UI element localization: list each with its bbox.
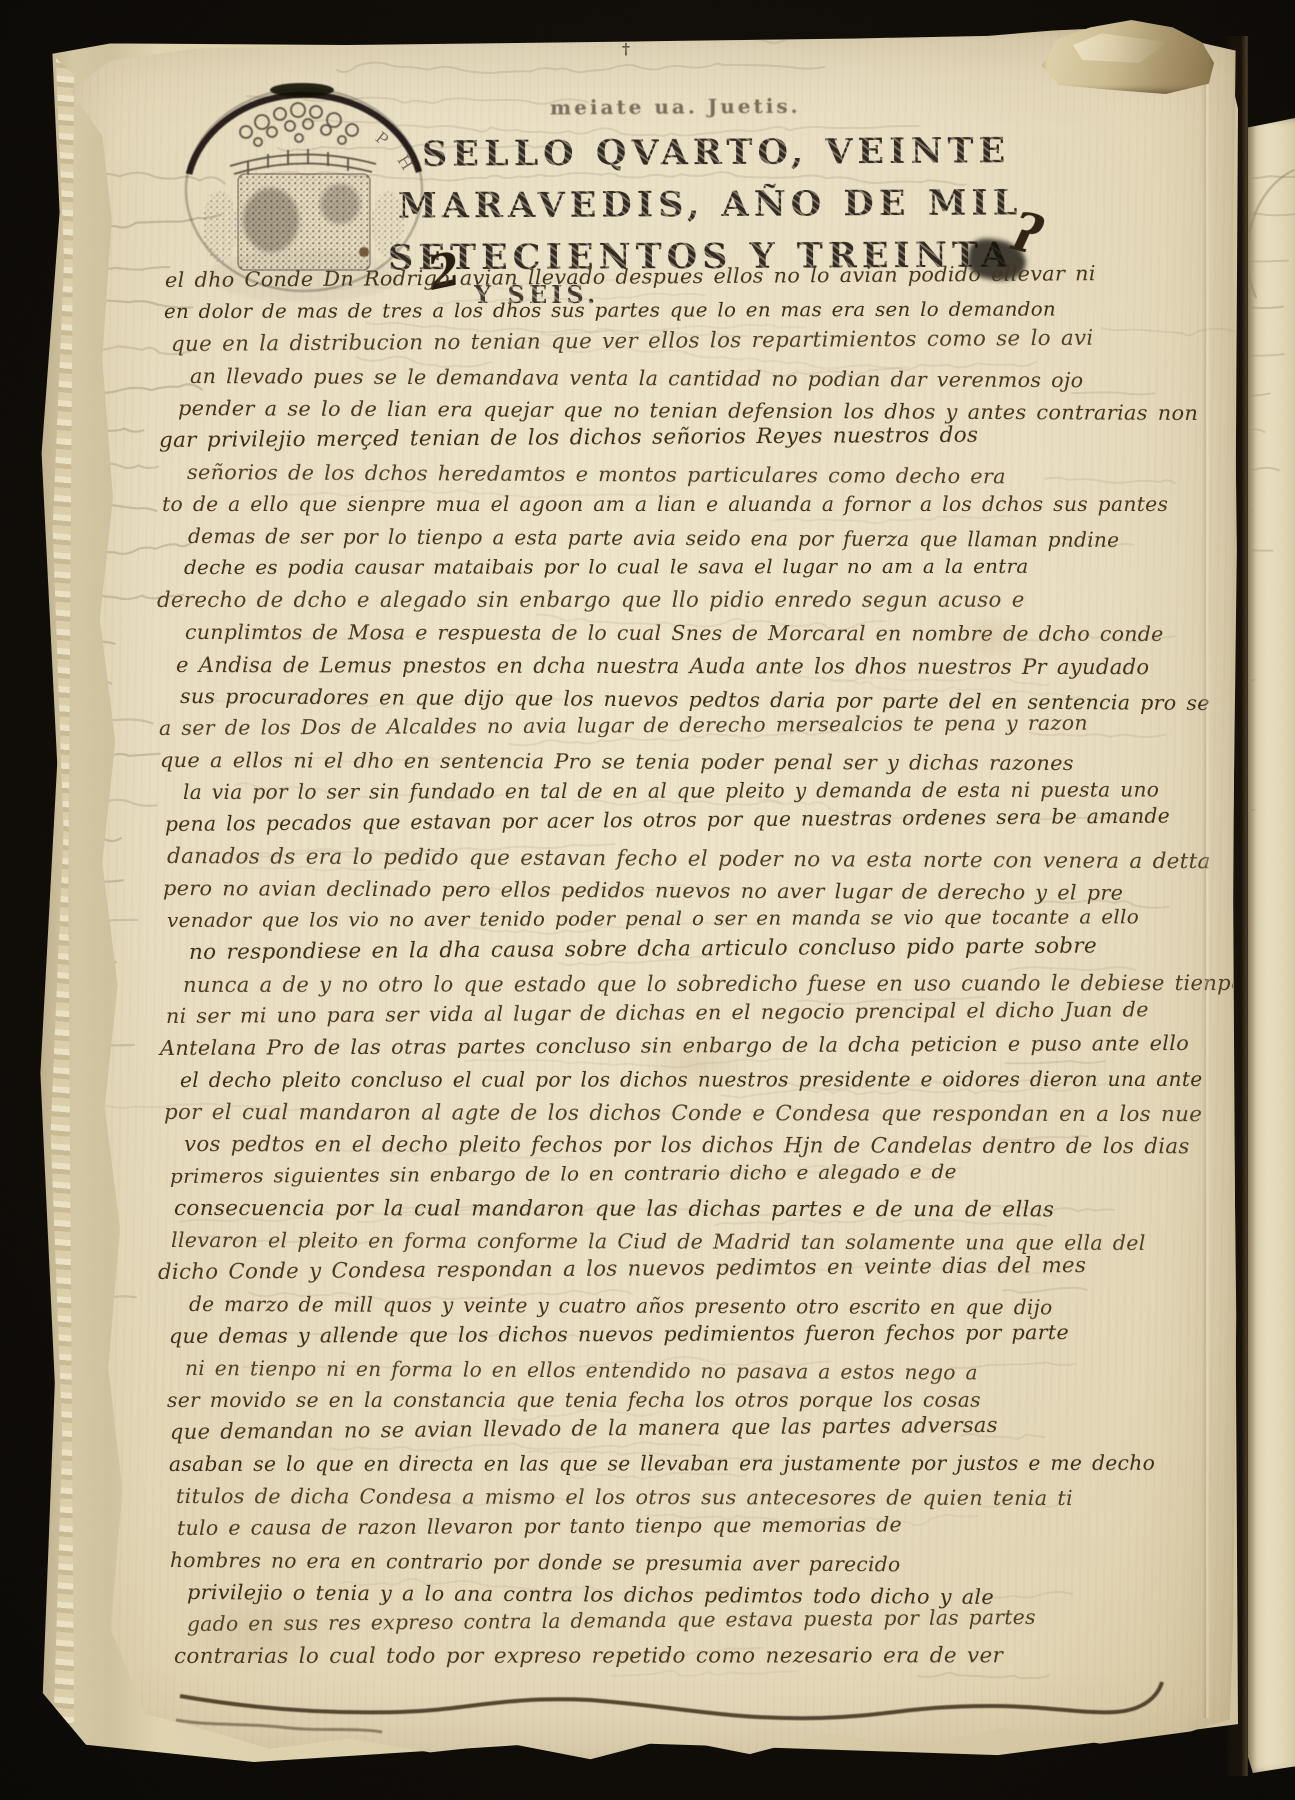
seal-flourish-left [203,190,237,262]
seal-shield-shading [243,188,299,252]
showthrough-squiggle [0,1658,27,1667]
manuscript-line: por el cual mandaron al agte de los dich… [164,1100,1220,1134]
manuscript-line: e Andisa de Lemus pnestos en dcha nuestr… [176,652,1220,686]
showthrough-squiggle [337,63,825,73]
showthrough-squiggle [0,1614,50,1619]
manuscript-line: derecho de dcho e alegado sin enbargo qu… [157,588,1220,620]
stamp-overprint-text: meiate ua. Juetis. [550,93,970,120]
seal-brown-spot [359,247,369,257]
showthrough-squiggle [443,35,788,44]
manuscript-line: deche es podia causar mataibais por lo c… [184,555,1220,588]
stamp-title-line1: SELLO QVARTO, VEINTE [422,130,1010,175]
manuscript-line: cunplimtos de Mosa e respuesta de lo cua… [185,620,1220,654]
showthrough-squiggle [1246,259,1288,261]
manuscript-line: an llevado pues se le demandava venta la… [190,364,1220,401]
stamp-title-line2: MARAVEDIS, AÑO DE MIL [398,182,1023,226]
manuscript-line: que en la distribucion no tenian que ver… [171,325,1220,364]
manuscript-line: asaban se lo que en directa en las que s… [168,1451,1220,1484]
showthrough-squiggle [1246,307,1283,309]
showthrough-squiggle [1246,354,1284,356]
manuscript-line: to de a ello que sienpre mua el agoon am… [162,492,1220,524]
paper-stain [180,1588,340,1678]
photographed-manuscript: P H † meiate ua. Juetis. SELLO QVARTO, V… [0,0,1295,1800]
seal-shield-shading [320,184,360,224]
showthrough-squiggle [1246,393,1270,395]
top-ink-mark: † [622,40,636,56]
manuscript-line: danados ds era lo pedido que estavan fec… [167,844,1220,881]
manuscript-line: gar privilejio merçed tenian de los dich… [159,421,1220,460]
showthrough-squiggle [1246,428,1265,432]
manuscript-text-block: el dho Conde Dn Rodrigo avian llevado de… [166,268,1220,1698]
manuscript-line: primeros siguientes sin enbargo de lo en… [170,1157,1220,1196]
seal-crown [230,103,376,174]
adjacent-page [1246,118,1295,1773]
manuscript-line: no respondiese en la dha causa sobre dch… [189,933,1220,972]
closing-ink-stroke [168,1666,1178,1736]
manuscript-page: P H † meiate ua. Juetis. SELLO QVARTO, V… [50,28,1238,1768]
manuscript-line: consecuencia por la cual mandaron que la… [174,1196,1220,1230]
paper-stain [635,1028,755,1098]
manuscript-line: dicho Conde y Condesa respondan a los nu… [157,1252,1220,1292]
showthrough-squiggle [1246,549,1273,552]
adjacent-page-showthrough [1246,118,1295,1773]
paper-stain [955,613,1025,663]
seal-top-ink-blob [270,83,334,97]
manuscript-line: el dho Conde Dn Rodrigo avian llevado de… [164,260,1220,300]
showthrough-squiggle [0,1429,60,1436]
manuscript-line: que demas y allende que los dichos nuevo… [169,1319,1220,1356]
showthrough-squiggle [1246,466,1279,470]
manuscript-line: tulo e causa de razon llevaron por tanto… [176,1511,1220,1548]
showthrough-squiggle [1246,176,1295,178]
showthrough-squiggle [0,1700,27,1710]
manuscript-line: a ser de los Dos de Alcaldes no avia lug… [159,710,1220,748]
paper-crease [1202,58,1210,1718]
adjacent-page-seal-showthrough [1247,170,1294,298]
